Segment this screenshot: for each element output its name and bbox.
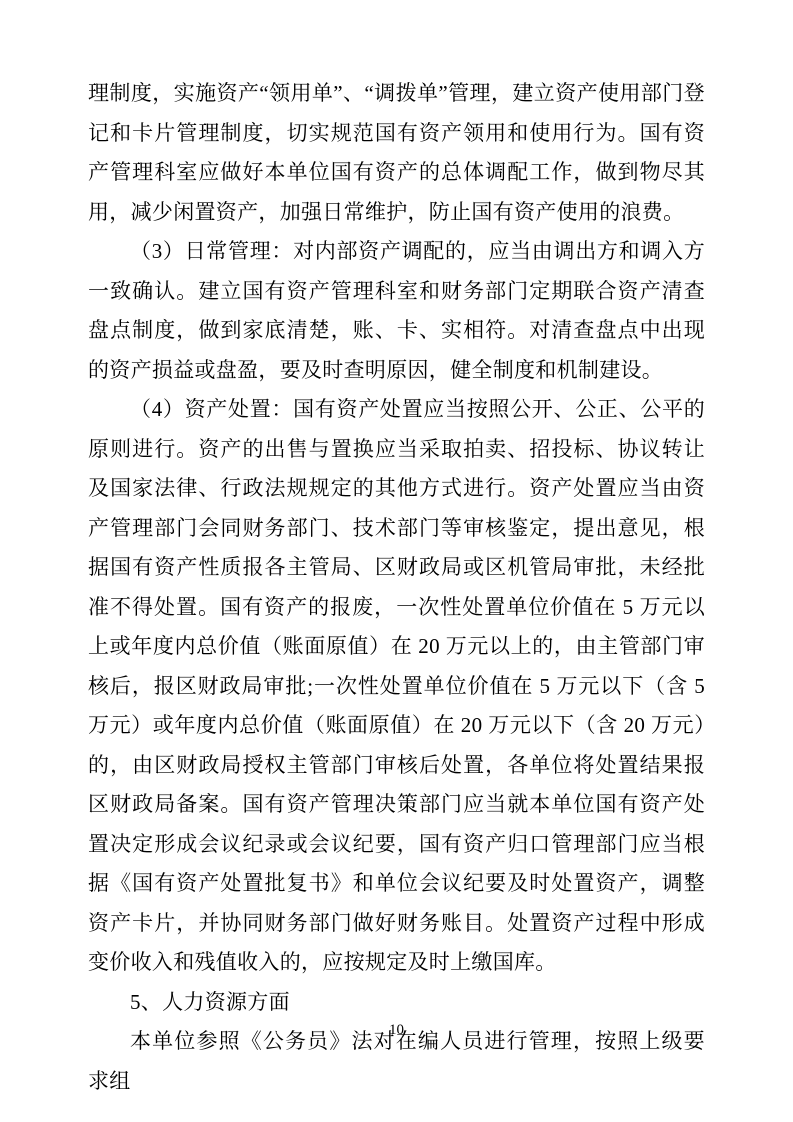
paragraph: （4）资产处置：国有资产处置应当按照公开、公正、公平的原则进行。资产的出售与置换… [88, 390, 705, 983]
paragraph: 5、人力资源方面 [88, 983, 705, 1023]
paragraph: 理制度，实施资产“领用单”、“调拨单”管理，建立资产使用部门登记和卡片管理制度，… [88, 74, 705, 232]
document-body: 理制度，实施资产“领用单”、“调拨单”管理，建立资产使用部门登记和卡片管理制度，… [88, 74, 705, 1101]
paragraph: （3）日常管理：对内部资产调配的，应当由调出方和调入方一致确认。建立国有资产管理… [88, 232, 705, 390]
page-number: 10 [0, 1020, 793, 1040]
document-page: 理制度，实施资产“领用单”、“调拨单”管理，建立资产使用部门登记和卡片管理制度，… [0, 0, 793, 1122]
